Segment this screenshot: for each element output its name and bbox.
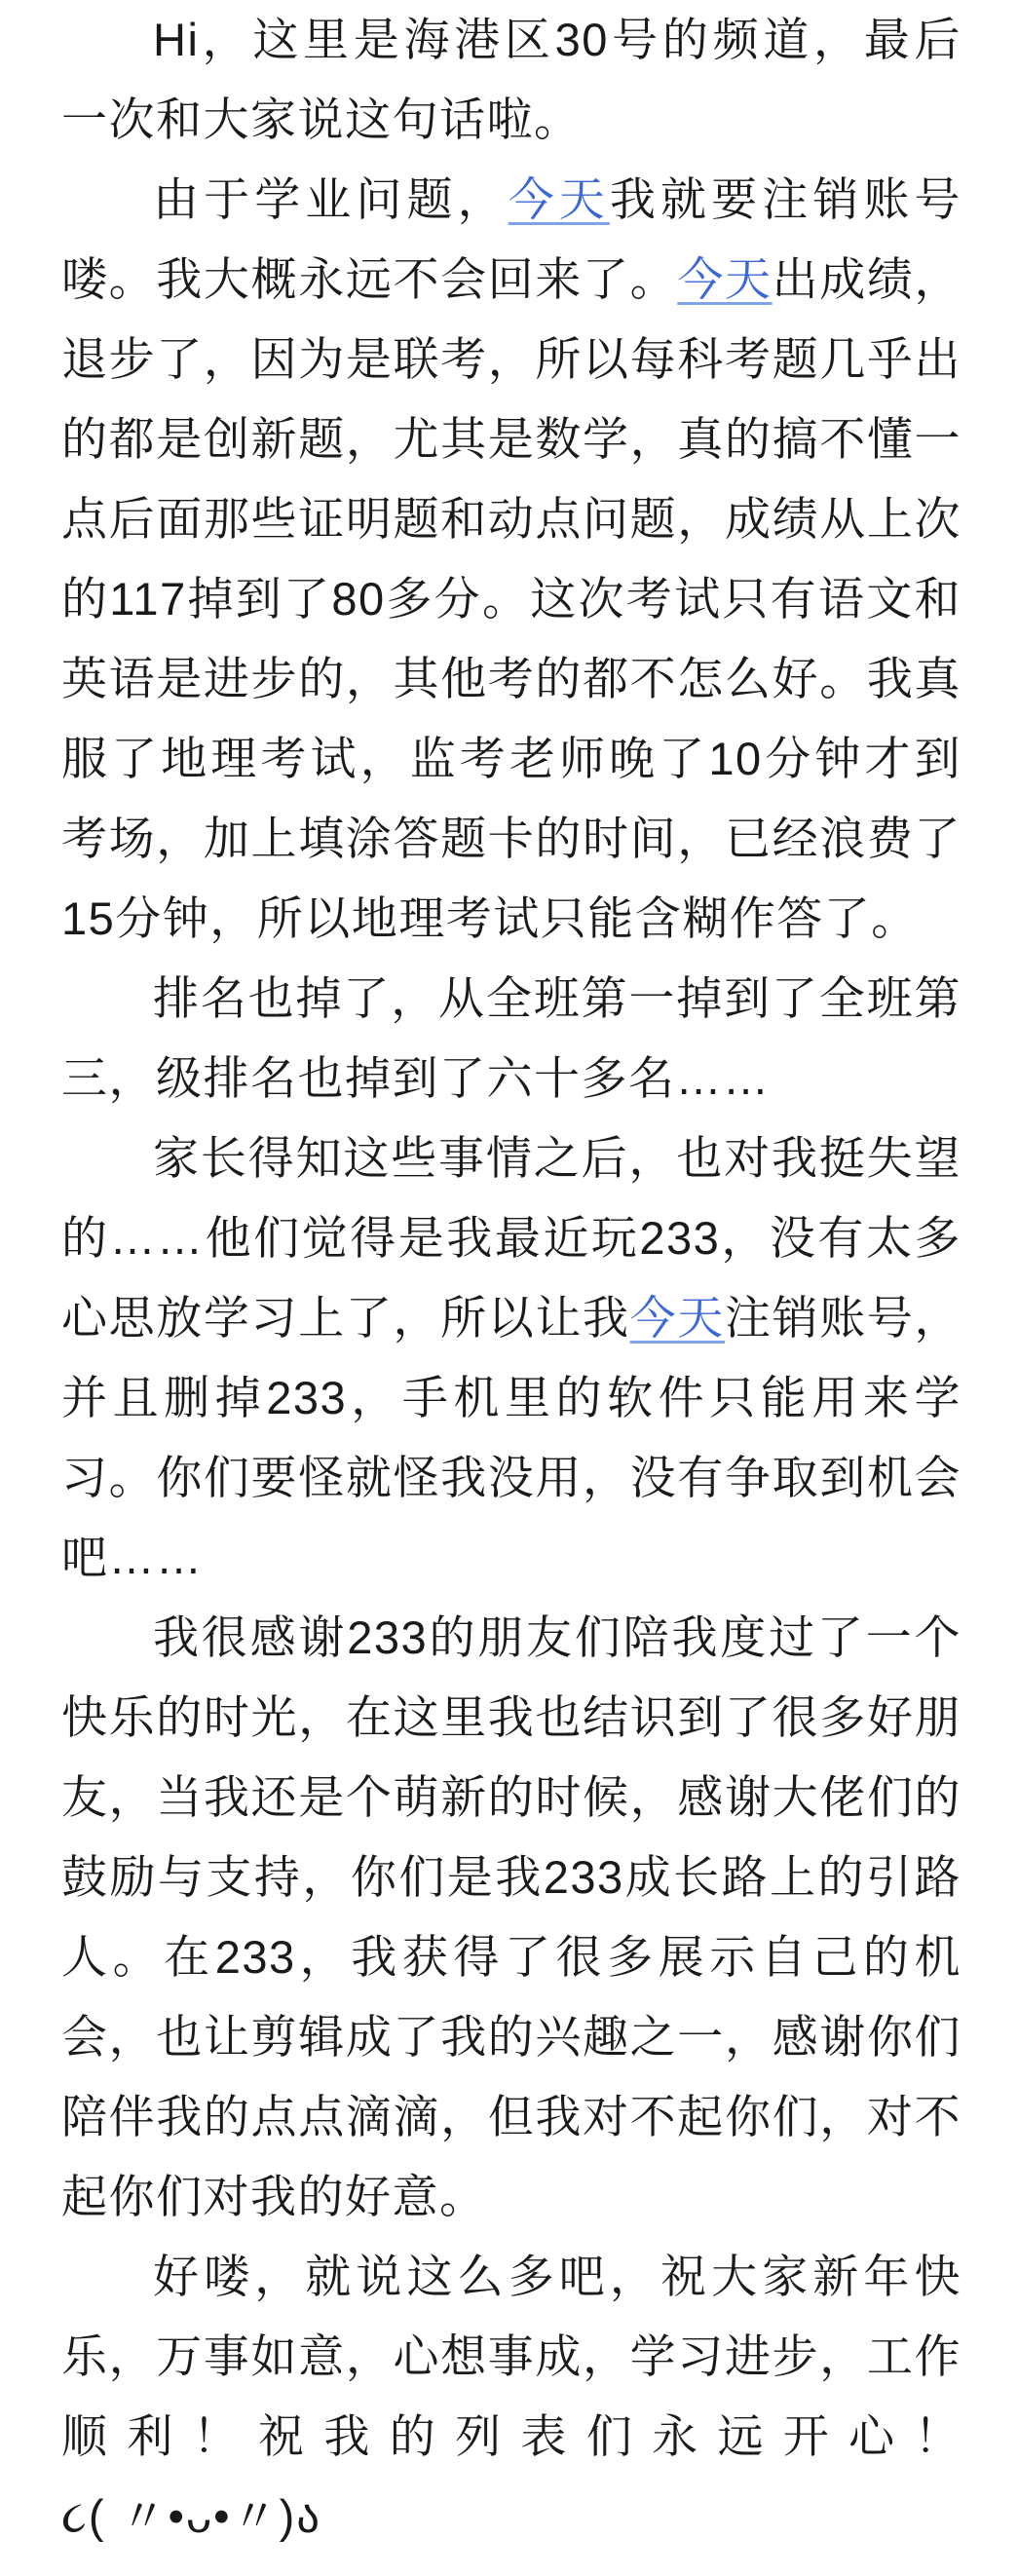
paragraph: 排名也掉了，从全班第一掉到了全班第三，级排名也掉到了六十多名……	[61, 959, 961, 1118]
text-run: 出成绩，退步了，因为是联考，所以每科考题几乎出的都是创新题，尤其是数学，真的搞不…	[61, 253, 961, 944]
link-today[interactable]: 今天	[677, 253, 772, 305]
text-run: 由于学业问题，	[153, 173, 509, 225]
text-run: 我很感谢233的朋友们陪我度过了一个快乐的时光，在这里我也结识到了很多好朋友，当…	[61, 1611, 961, 2222]
paragraph: Hi，这里是海港区30号的频道，最后一次和大家说这句话啦。	[61, 0, 961, 160]
paragraph: 家长得知这些事情之后，也对我挺失望的……他们觉得是我最近玩233，没有太多心思放…	[61, 1118, 961, 1598]
text-run: Hi，这里是海港区30号的频道，最后一次和大家说这句话啦。	[61, 14, 961, 145]
paragraph: 好喽，就说这么多吧，祝大家新年快乐，万事如意，心想事成，学习进步，工作顺利！祝我…	[61, 2237, 961, 2557]
paragraph: 我很感谢233的朋友们陪我度过了一个快乐的时光，在这里我也结识到了很多好朋友，当…	[61, 1598, 961, 2237]
kaomoji: ૮( 〃•ᴗ•〃)ა	[61, 2490, 321, 2542]
text-run: 排名也掉了，从全班第一掉到了全班第三，级排名也掉到了六十多名……	[61, 972, 961, 1104]
article-body: Hi，这里是海港区30号的频道，最后一次和大家说这句话啦。由于学业问题，今天我就…	[0, 0, 1018, 2576]
link-today[interactable]: 今天	[509, 173, 610, 225]
text-run: 好喽，就说这么多吧，祝大家新年快乐，万事如意，心想事成，学习进步，工作顺利！祝我…	[61, 2251, 961, 2462]
link-today[interactable]: 今天	[630, 1292, 725, 1344]
paragraph: 由于学业问题，今天我就要注销账号喽。我大概永远不会回来了。今天出成绩，退步了，因…	[61, 160, 961, 959]
